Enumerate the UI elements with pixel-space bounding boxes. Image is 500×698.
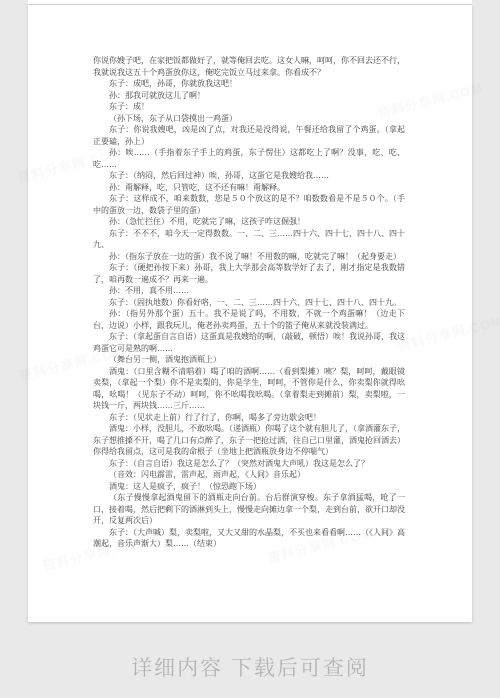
- paragraph: 东子：成！: [93, 101, 405, 113]
- paragraph: 孙：甭解释，吃，只管吃，这不还有嘛！甭解释。: [93, 182, 405, 194]
- paragraph: 东子：（大声喊）梨，卖梨啦，又大又甜的水晶梨，不买也来看看啊……（《人间》高潮起…: [93, 527, 405, 550]
- paragraph: 孙：（指另外那个蛋）五十。我不是说了吗，不用数，不就一个鸡蛋嘛！（边走下台，边说…: [93, 308, 405, 331]
- paragraph: （音效：闪电霹雷，雷声起，雨声起，《人间》音乐起）: [93, 469, 405, 481]
- paragraph: 孙：不用，真不用……: [93, 285, 405, 297]
- download-hint-label: 详细内容 下载后可查阅: [0, 652, 500, 682]
- paragraph: （舞台另一侧，酒鬼抱酒瓶上）: [93, 354, 405, 366]
- paragraph: 东子：（见状走上前）行了行了，你啊，喝多了旁边歇会吧！: [93, 412, 405, 424]
- document-text: 你说你嫂子吧，在家把饭都做好了，就等俺回去吃。这女人嘛，呵呵，你不回去还不行，我…: [93, 55, 405, 550]
- paragraph: 东子：成吧，孙哥，你就放我这吧！: [93, 78, 405, 90]
- paragraph: 东子：这样成不，咱来数数，您是５０个放这的是不？咱数数看是不是５０个。（手中的蛋…: [93, 193, 405, 216]
- paragraph: 东子：你说我嫂吧，凶是凶了点，对我还是没得说，午餐还给我留了个鸡蛋。（拿起正要磕…: [93, 124, 405, 147]
- paragraph: 东子：（硬把孙按下来）孙哥，我上大学那会高等数学好了去了，刚才指定是我数错了，咱…: [93, 262, 405, 285]
- paragraph: 孙：唉……（手指着东子手上的鸡蛋，东子愣住）这都吃上了啊？没事，吃、吃、吃……: [93, 147, 405, 170]
- paragraph: （东子慢慢拿起酒鬼留下的酒瓶走向台前。台后群演穿梭。东子拿酒猛喝，呛了一口，接着…: [93, 492, 405, 527]
- paragraph: 东子：（固执地数）你看好咯，一、二、三……四十六、四十七、四十八、四十九。: [93, 297, 405, 309]
- paragraph: （孙下场，东子从口袋摸出一鸡蛋）: [93, 113, 405, 125]
- paragraph: 酒鬼：（口里含糊不清唱着）喝了咱的酒啊……（看到梨摊）咦？梨，呵呵，戴眼镜卖梨，…: [93, 366, 405, 412]
- paragraph: 东子：（拿起蛋自言自语）这蛋真是我嫂给的啊，（敲破，顿悟）唉！我说孙哥，我这鸡蛋…: [93, 331, 405, 354]
- paragraph: 酒鬼：小样，没胆儿，不敢吆喝。（递酒瓶）你喝了这个就有胆儿了，（拿酒灌东子，东子…: [93, 423, 405, 458]
- paragraph: 孙：（急忙拦住）不用，吃就完了嘛，这孩子咋这倔强！: [93, 216, 405, 228]
- watermark-text: 资料分享网.COM: [395, 310, 500, 355]
- paragraph: 你说你嫂子吧，在家把饭都做好了，就等俺回去吃。这女人嘛，呵呵，你不回去还不行，我…: [93, 55, 405, 78]
- document-page: 你说你嫂子吧，在家把饭都做好了，就等俺回去吃。这女人嘛，呵呵，你不回去还不行，我…: [28, 5, 472, 622]
- paragraph: 酒鬼：这人是疯子，疯子！（惊恐跑下场）: [93, 481, 405, 493]
- paragraph: 东子：不不不，咱今天一定得数数。一、二、三……四十六、四十七、四十八、四十九、: [93, 228, 405, 251]
- paragraph: 东子：（自言自语）我这是怎么了？（突然对酒鬼大声吼）我这是怎么了？: [93, 458, 405, 470]
- paragraph: 东子：（纳闷，然后回过神）唉，孙哥，这蛋它是我嫂给我……: [93, 170, 405, 182]
- paragraph: 孙：（指东子放在一边的蛋）我不说了嘛！不用数的嘛，吃就完了嘛！（起身要走）: [93, 251, 405, 263]
- paragraph: 孙：那我可就放这儿了啊！: [93, 90, 405, 102]
